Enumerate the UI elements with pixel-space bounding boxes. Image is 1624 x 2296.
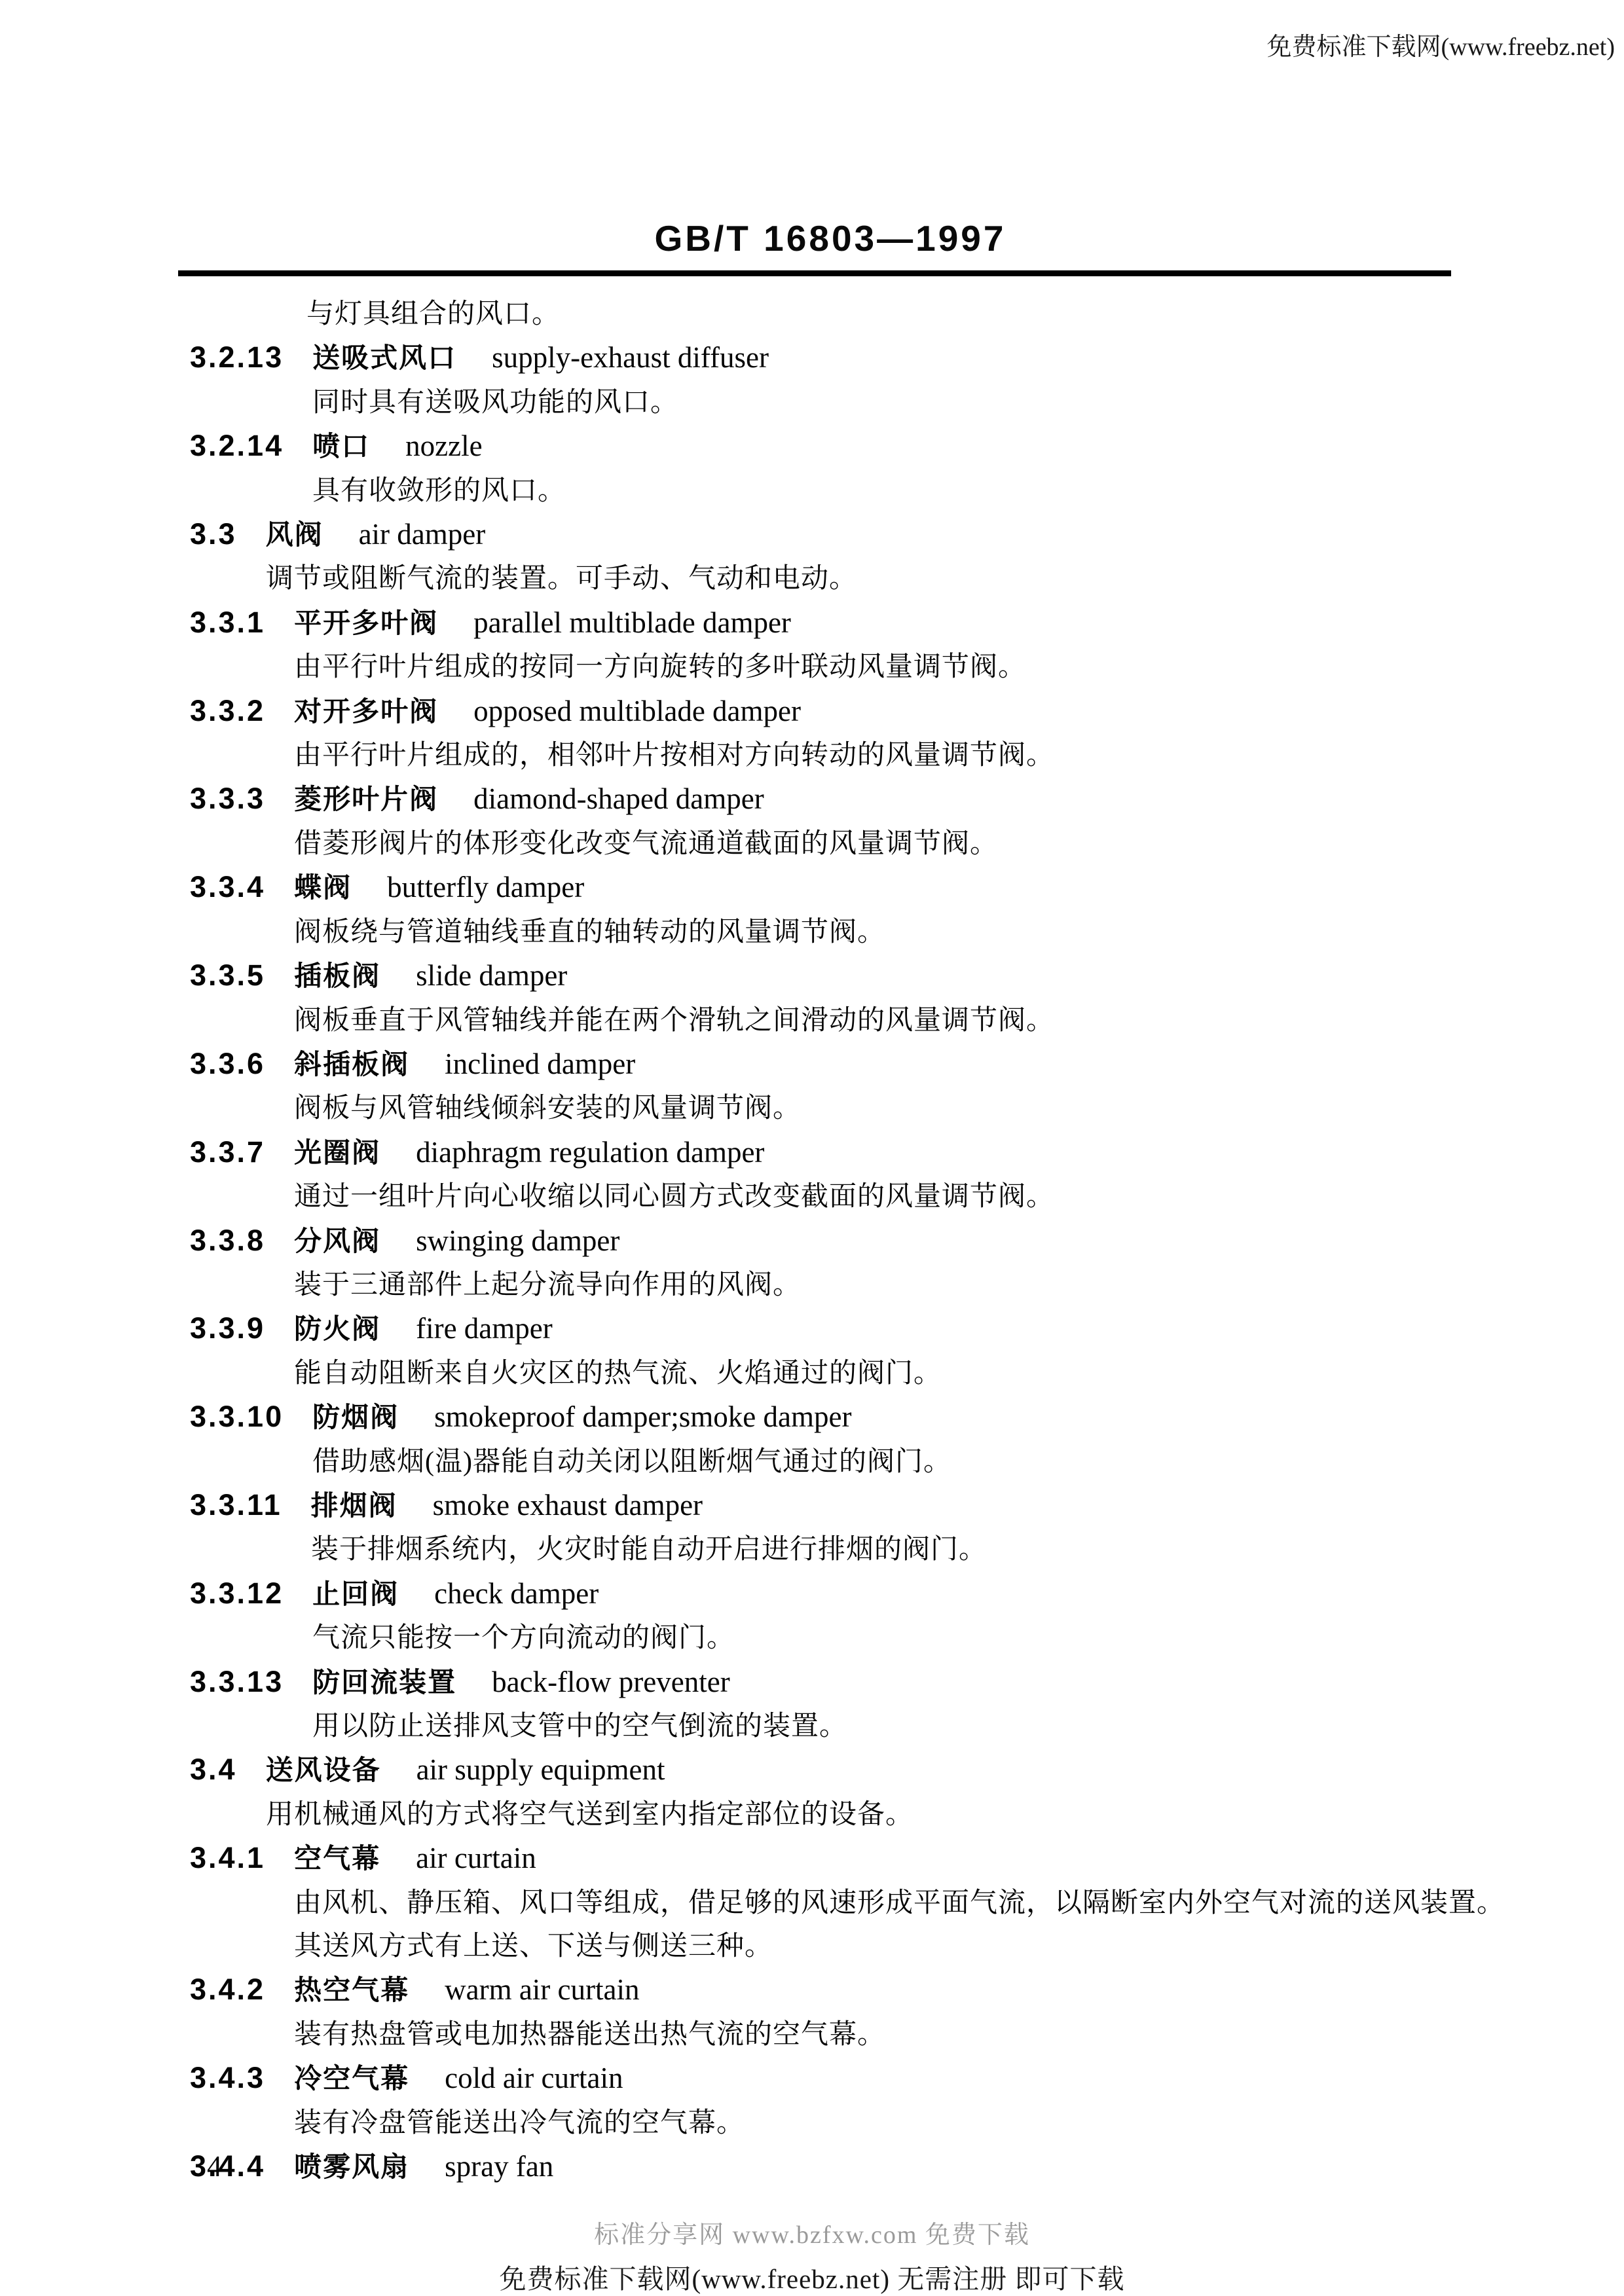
share-watermark: 标准分享网 www.bzfxw.com 免费下载 bbox=[0, 2214, 1624, 2250]
term-entry: 3.4送风设备air supply equipment 用机械通风的方式将空气送… bbox=[190, 1748, 1464, 1836]
term-en: diaphragm regulation damper bbox=[416, 1136, 764, 1169]
term-entry: 3.4.1空气幕air curtain 由风机、静压箱、风口等组成，借足够的风速… bbox=[190, 1836, 1464, 1968]
term-entry: 3.3.1平开多叶阀parallel multiblade damper 由平行… bbox=[190, 601, 1464, 689]
definition-text: 阀板垂直于风管轴线并能在两个滑轨之间滑动的风量调节阀。 bbox=[294, 999, 1464, 1042]
terminology-list: 与灯具组合的风口。 3.2.13送吸式风口supply-exhaust diff… bbox=[190, 293, 1464, 2189]
term-zh: 防烟阀 bbox=[312, 1402, 399, 1432]
term-entry: 3.3.6斜插板阀inclined damper 阀板与风管轴线倾斜安装的风量调… bbox=[190, 1042, 1464, 1131]
term-en: opposed multiblade damper bbox=[473, 695, 801, 727]
term-zh: 冷空气幕 bbox=[294, 2063, 409, 2094]
section-number: 3.3.5 bbox=[190, 958, 265, 992]
term-entry: 3.3.5插板阀slide damper 阀板垂直于风管轴线并能在两个滑轨之间滑… bbox=[190, 954, 1464, 1042]
term-zh: 防回流装置 bbox=[312, 1667, 456, 1698]
section-number: 3.3.11 bbox=[190, 1488, 282, 1522]
section-number: 3.3.9 bbox=[190, 1311, 265, 1345]
term-zh: 喷口 bbox=[312, 431, 370, 462]
definition-text: 由风机、静压箱、风口等组成，借足够的风速形成平面气流，以隔断室内外空气对流的送风… bbox=[294, 1882, 1464, 1925]
definition-text: 装于三通部件上起分流导向作用的风阀。 bbox=[294, 1264, 1464, 1307]
definition-text: 调节或阻断气流的装置。可手动、气动和电动。 bbox=[266, 557, 1464, 600]
term-entry: 3.3.9防火阀fire damper 能自动阻断来自火灾区的热气流、火焰通过的… bbox=[190, 1307, 1464, 1395]
term-entry: 3.4.3冷空气幕cold air curtain 装有冷盘管能送出冷气流的空气… bbox=[190, 2056, 1464, 2145]
definition-text: 具有收敛形的风口。 bbox=[312, 469, 1464, 513]
definition-text: 借菱形阀片的体形变化改变气流通道截面的风量调节阀。 bbox=[294, 822, 1464, 866]
term-heading: 3.2.13送吸式风口supply-exhaust diffuser bbox=[190, 336, 1464, 380]
term-heading: 3.3.12止回阀check damper bbox=[190, 1572, 1464, 1616]
term-entry: 3.3.7光圈阀diaphragm regulation damper 通过一组… bbox=[190, 1131, 1464, 1219]
definition-text: 与灯具组合的风口。 bbox=[306, 293, 1464, 336]
definition-text: 装于排烟系统内，火灾时能自动开启进行排烟的阀门。 bbox=[311, 1528, 1464, 1571]
term-en: smokeproof damper;smoke damper bbox=[434, 1400, 851, 1433]
term-zh: 防火阀 bbox=[294, 1313, 380, 1344]
term-zh: 插板阀 bbox=[294, 960, 380, 991]
section-number: 3.4.4 bbox=[190, 2149, 265, 2183]
term-en: butterfly damper bbox=[387, 871, 584, 903]
term-en: fire damper bbox=[416, 1312, 553, 1345]
term-entry: 3.3.8分风阀swinging damper 装于三通部件上起分流导向作用的风… bbox=[190, 1219, 1464, 1307]
term-heading: 3.4.1空气幕air curtain bbox=[190, 1836, 1464, 1881]
term-heading: 3.4.3冷空气幕cold air curtain bbox=[190, 2056, 1464, 2101]
section-number: 3.3.13 bbox=[190, 1665, 284, 1698]
term-heading: 3.3.9防火阀fire damper bbox=[190, 1307, 1464, 1351]
term-entry: 3.3.2对开多叶阀opposed multiblade damper 由平行叶… bbox=[190, 689, 1464, 778]
definition-text: 借助感烟(温)器能自动关闭以阻断烟气通过的阀门。 bbox=[312, 1440, 1464, 1484]
section-number: 3.4.1 bbox=[190, 1841, 265, 1874]
definition-text: 同时具有送吸风功能的风口。 bbox=[312, 381, 1464, 424]
term-en: parallel multiblade damper bbox=[473, 606, 791, 639]
document-page: 免费标准下载网(www.freebz.net) GB/T 16803—1997 … bbox=[0, 0, 1624, 2296]
term-zh: 止回阀 bbox=[312, 1578, 399, 1609]
term-zh: 风阀 bbox=[266, 519, 323, 550]
term-en: slide damper bbox=[416, 959, 567, 992]
definition-text: 其送风方式有上送、下送与侧送三种。 bbox=[294, 1925, 1464, 1968]
term-entry: 3.3风阀air damper 调节或阻断气流的装置。可手动、气动和电动。 bbox=[190, 513, 1464, 601]
term-en: air damper bbox=[359, 518, 486, 551]
term-entry: 3.2.13送吸式风口supply-exhaust diffuser 同时具有送… bbox=[190, 336, 1464, 424]
section-number: 3.3 bbox=[190, 517, 237, 551]
term-en: cold air curtain bbox=[445, 2062, 623, 2094]
term-heading: 3.3.5插板阀slide damper bbox=[190, 954, 1464, 998]
page-number: 4 bbox=[207, 2149, 222, 2183]
term-entry: 3.3.10防烟阀smokeproof damper;smoke damper … bbox=[190, 1395, 1464, 1484]
term-heading: 3.3.2对开多叶阀opposed multiblade damper bbox=[190, 689, 1464, 734]
term-heading: 3.4.4喷雾风扇spray fan bbox=[190, 2145, 1464, 2189]
term-entry: 3.3.11排烟阀smoke exhaust damper 装于排烟系统内，火灾… bbox=[190, 1484, 1464, 1572]
section-number: 3.3.10 bbox=[190, 1400, 284, 1433]
standard-code-header: GB/T 16803—1997 bbox=[37, 217, 1624, 259]
term-entry: 3.4.2热空气幕warm air curtain 装有热盘管或电加热器能送出热… bbox=[190, 1968, 1464, 2056]
definition-text: 能自动阻断来自火灾区的热气流、火焰通过的阀门。 bbox=[294, 1352, 1464, 1395]
section-number: 3.3.3 bbox=[190, 782, 265, 815]
term-heading: 3.3.4蝶阀butterfly damper bbox=[190, 866, 1464, 910]
term-zh: 蝶阀 bbox=[294, 872, 352, 903]
term-zh: 空气幕 bbox=[294, 1843, 380, 1874]
term-entry: 3.2.14喷口nozzle 具有收敛形的风口。 bbox=[190, 424, 1464, 513]
term-heading: 3.3.7光圈阀diaphragm regulation damper bbox=[190, 1131, 1464, 1175]
term-entry: 3.4.4喷雾风扇spray fan bbox=[190, 2145, 1464, 2189]
term-entry: 3.3.13防回流装置back-flow preventer 用以防止送排风支管… bbox=[190, 1660, 1464, 1749]
definition-text: 阀板绕与管道轴线垂直的轴转动的风量调节阀。 bbox=[294, 911, 1464, 954]
term-en: air curtain bbox=[416, 1842, 536, 1874]
term-en: air supply equipment bbox=[416, 1753, 665, 1786]
section-number: 3.3.1 bbox=[190, 606, 265, 639]
section-number: 3.4 bbox=[190, 1753, 237, 1786]
term-heading: 3.3.1平开多叶阀parallel multiblade damper bbox=[190, 601, 1464, 646]
term-en: warm air curtain bbox=[445, 1973, 639, 2006]
term-heading: 3.3.11排烟阀smoke exhaust damper bbox=[190, 1484, 1464, 1528]
term-heading: 3.3.6斜插板阀inclined damper bbox=[190, 1042, 1464, 1087]
term-entry: 3.3.12止回阀check damper 气流只能按一个方向流动的阀门。 bbox=[190, 1572, 1464, 1660]
section-number: 3.3.7 bbox=[190, 1135, 265, 1169]
term-entry: 3.3.4蝶阀butterfly damper 阀板绕与管道轴线垂直的轴转动的风… bbox=[190, 866, 1464, 954]
section-number: 3.4.3 bbox=[190, 2061, 265, 2094]
bottom-watermark: 免费标准下载网(www.freebz.net) 无需注册 即可下载 bbox=[0, 2257, 1624, 2296]
term-zh: 菱形叶片阀 bbox=[294, 784, 438, 814]
term-en: diamond-shaped damper bbox=[473, 782, 764, 815]
term-heading: 3.3.13防回流装置back-flow preventer bbox=[190, 1660, 1464, 1705]
term-heading: 3.4.2热空气幕warm air curtain bbox=[190, 1968, 1464, 2013]
section-number: 3.3.6 bbox=[190, 1047, 265, 1080]
term-en: check damper bbox=[434, 1577, 599, 1610]
term-en: swinging damper bbox=[416, 1224, 619, 1257]
section-number: 3.3.8 bbox=[190, 1224, 265, 1257]
term-heading: 3.3.10防烟阀smokeproof damper;smoke damper bbox=[190, 1395, 1464, 1440]
definition-text: 气流只能按一个方向流动的阀门。 bbox=[312, 1616, 1464, 1660]
definition-text: 装有热盘管或电加热器能送出热气流的空气幕。 bbox=[294, 2013, 1464, 2056]
definition-text: 由平行叶片组成的，相邻叶片按相对方向转动的风量调节阀。 bbox=[294, 734, 1464, 777]
header-rule bbox=[178, 270, 1451, 276]
term-entry: 与灯具组合的风口。 bbox=[190, 293, 1464, 336]
term-zh: 光圈阀 bbox=[294, 1137, 380, 1168]
term-zh: 热空气幕 bbox=[294, 1975, 409, 2005]
term-zh: 分风阀 bbox=[294, 1226, 380, 1256]
section-number: 3.3.12 bbox=[190, 1576, 284, 1610]
term-en: supply-exhaust diffuser bbox=[492, 341, 769, 374]
term-zh: 喷雾风扇 bbox=[294, 2151, 409, 2182]
section-number: 3.2.13 bbox=[190, 340, 284, 374]
term-entry: 3.3.3菱形叶片阀diamond-shaped damper 借菱形阀片的体形… bbox=[190, 777, 1464, 866]
definition-text: 用以防止送排风支管中的空气倒流的装置。 bbox=[312, 1705, 1464, 1748]
section-number: 3.3.4 bbox=[190, 870, 265, 903]
term-en: smoke exhaust damper bbox=[433, 1489, 703, 1522]
term-heading: 3.4送风设备air supply equipment bbox=[190, 1748, 1464, 1793]
term-heading: 3.2.14喷口nozzle bbox=[190, 424, 1464, 469]
term-zh: 平开多叶阀 bbox=[294, 608, 438, 638]
term-zh: 排烟阀 bbox=[311, 1490, 397, 1521]
term-en: spray fan bbox=[445, 2150, 553, 2183]
term-en: inclined damper bbox=[445, 1048, 635, 1080]
section-number: 3.3.2 bbox=[190, 694, 265, 727]
term-en: nozzle bbox=[405, 429, 482, 462]
term-zh: 对开多叶阀 bbox=[294, 696, 438, 727]
site-watermark-top: 免费标准下载网(www.freebz.net) bbox=[1267, 26, 1615, 62]
term-heading: 3.3风阀air damper bbox=[190, 513, 1464, 557]
definition-text: 装有冷盘管能送出冷气流的空气幕。 bbox=[294, 2102, 1464, 2145]
definition-text: 阀板与风管轴线倾斜安装的风量调节阀。 bbox=[294, 1087, 1464, 1130]
definition-text: 通过一组叶片向心收缩以同心圆方式改变截面的风量调节阀。 bbox=[294, 1175, 1464, 1218]
term-heading: 3.3.3菱形叶片阀diamond-shaped damper bbox=[190, 777, 1464, 822]
term-zh: 送风设备 bbox=[266, 1755, 381, 1785]
definition-text: 由平行叶片组成的按同一方向旋转的多叶联动风量调节阀。 bbox=[294, 646, 1464, 689]
term-heading: 3.3.8分风阀swinging damper bbox=[190, 1219, 1464, 1264]
term-en: back-flow preventer bbox=[492, 1666, 730, 1698]
term-zh: 送吸式风口 bbox=[312, 342, 456, 373]
term-zh: 斜插板阀 bbox=[294, 1049, 409, 1080]
section-number: 3.2.14 bbox=[190, 429, 284, 462]
section-number: 3.4.2 bbox=[190, 1973, 265, 2006]
definition-text: 用机械通风的方式将空气送到室内指定部位的设备。 bbox=[266, 1793, 1464, 1836]
